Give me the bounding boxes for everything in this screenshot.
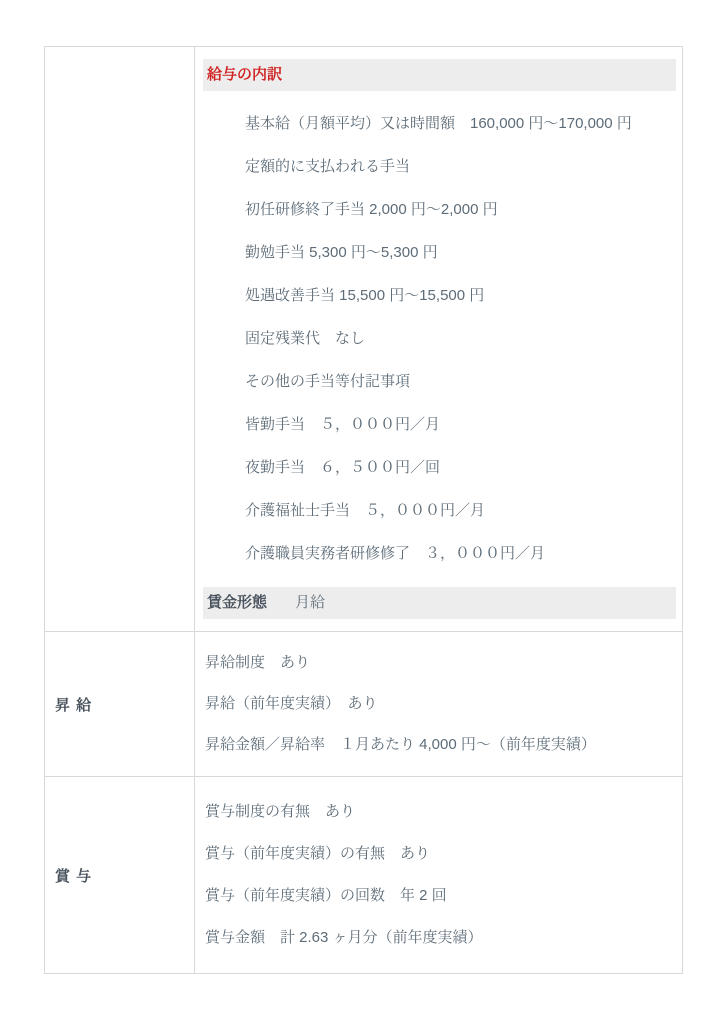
row-label-empty <box>45 47 195 632</box>
bonus-previous-year-line: 賞与（前年度実績）の有無 あり <box>195 844 676 864</box>
bonus-system-line: 賞与制度の有無 あり <box>195 802 676 822</box>
other-allowance-note-line: その他の手当等付記事項 <box>203 372 676 392</box>
practical-training-allowance-line: 介護職員実務者研修修了 ３，０００円／月 <box>203 544 676 564</box>
salary-breakdown-row: 給与の内訳 基本給（月額平均）又は時間額 160,000 円～170,000 円… <box>45 47 683 632</box>
bonus-cell: 賞与制度の有無 あり 賞与（前年度実績）の有無 あり 賞与（前年度実績）の回数 … <box>195 777 683 974</box>
care-worker-allowance-line: 介護福祉士手当 ５，０００円／月 <box>203 501 676 521</box>
bonus-amount-line: 賞与金額 計 2.63 ヶ月分（前年度実績） <box>195 928 676 948</box>
row-label-raise: 昇 給 <box>45 632 195 777</box>
job-posting-page: 給与の内訳 基本給（月額平均）又は時間額 160,000 円～170,000 円… <box>0 0 724 1024</box>
raise-previous-year-line: 昇給（前年度実績） あり <box>195 694 676 714</box>
base-pay-line: 基本給（月額平均）又は時間額 160,000 円～170,000 円 <box>203 114 676 134</box>
night-shift-allowance-line: 夜勤手当 ６，５００円／回 <box>203 458 676 478</box>
treatment-improvement-allowance-line: 処遇改善手当 15,500 円～15,500 円 <box>203 286 676 306</box>
diligence-allowance-line: 勤勉手当 5,300 円～5,300 円 <box>203 243 676 263</box>
bonus-row: 賞 与 賞与制度の有無 あり 賞与（前年度実績）の有無 あり 賞与（前年度実績）… <box>45 777 683 974</box>
salary-breakdown-cell: 給与の内訳 基本給（月額平均）又は時間額 160,000 円～170,000 円… <box>195 47 683 632</box>
wage-type-band: 賃金形態月給 <box>203 587 676 619</box>
row-label-bonus: 賞 与 <box>45 777 195 974</box>
fixed-allowance-line: 定額的に支払われる手当 <box>203 157 676 177</box>
wage-type-value: 月給 <box>295 594 325 611</box>
raise-row: 昇 給 昇給制度 あり 昇給（前年度実績） あり 昇給金額／昇給率 １月あたり … <box>45 632 683 777</box>
raise-system-line: 昇給制度 あり <box>195 653 676 673</box>
salary-detail-table: 給与の内訳 基本給（月額平均）又は時間額 160,000 円～170,000 円… <box>44 46 683 974</box>
salary-breakdown-header: 給与の内訳 <box>203 59 676 91</box>
initial-training-allowance-line: 初任研修終了手当 2,000 円～2,000 円 <box>203 200 676 220</box>
bonus-count-line: 賞与（前年度実績）の回数 年 2 回 <box>195 886 676 906</box>
raise-cell: 昇給制度 あり 昇給（前年度実績） あり 昇給金額／昇給率 １月あたり 4,00… <box>195 632 683 777</box>
fixed-overtime-line: 固定残業代 なし <box>203 329 676 349</box>
wage-type-label: 賃金形態 <box>207 594 267 611</box>
perfect-attendance-allowance-line: 皆勤手当 ５，０００円／月 <box>203 415 676 435</box>
raise-amount-line: 昇給金額／昇給率 １月あたり 4,000 円～（前年度実績） <box>195 735 676 755</box>
